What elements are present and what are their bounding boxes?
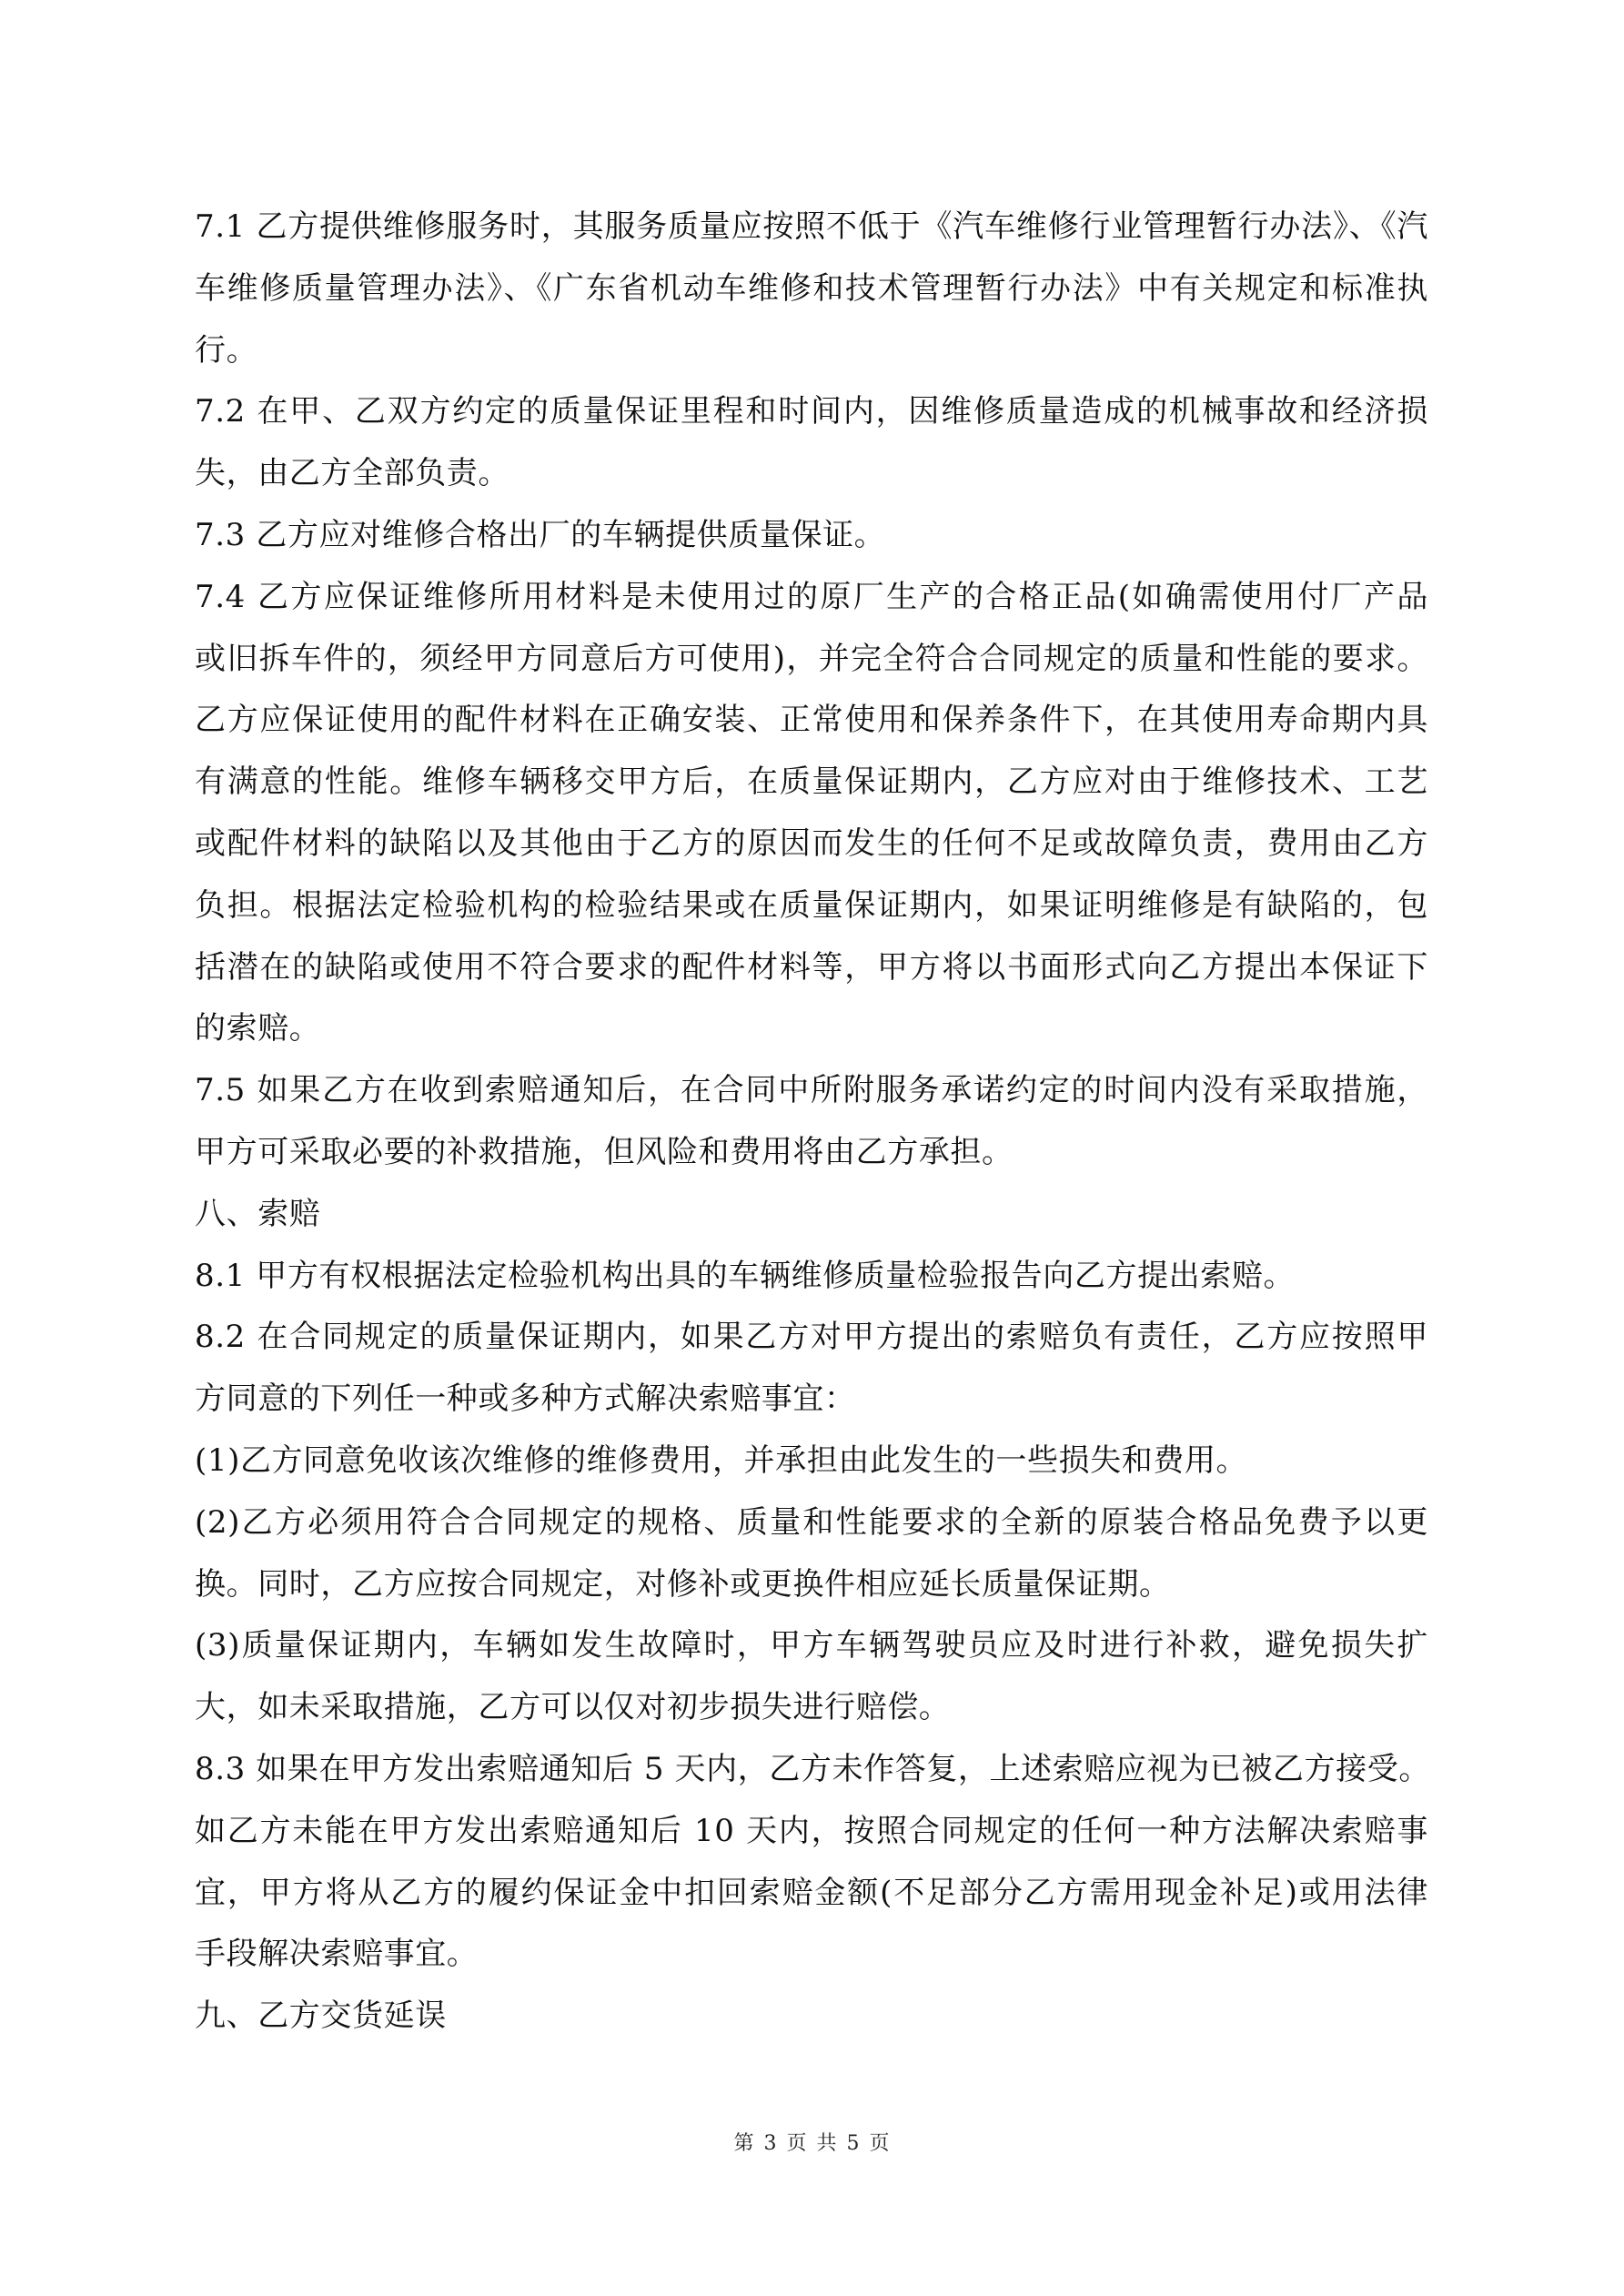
clause-7-5: 7.5 如果乙方在收到索赔通知后，在合同中所附服务承诺约定的时间内没有采取措施，…	[195, 1066, 1432, 1189]
text-line: 8.1 甲方有权根据法定检验机构出具的车辆维修质量检验报告向乙方提出索赔。	[195, 1251, 1432, 1313]
clause-7-1: 7.1 乙方提供维修服务时，其服务质量应按照不低于《汽车维修行业管理暂行办法》、…	[195, 202, 1432, 387]
text-line: 方同意的下列任一种或多种方式解决索赔事宜：	[195, 1374, 1432, 1436]
total-pages-number: 5	[847, 2132, 861, 2155]
section-heading-8: 八、索赔	[195, 1189, 1432, 1251]
text-line: 7.2 在甲、乙双方约定的质量保证里程和时间内，因维修质量造成的机械事故和经济损	[195, 387, 1428, 449]
document-page: 7.1 乙方提供维修服务时，其服务质量应按照不低于《汽车维修行业管理暂行办法》、…	[0, 0, 1624, 2296]
clause-8-2-item-1: (1)乙方同意免收该次维修的维修费用，并承担由此发生的一些损失和费用。	[195, 1436, 1432, 1498]
current-page-number: 3	[763, 2132, 777, 2155]
clause-7-2: 7.2 在甲、乙双方约定的质量保证里程和时间内，因维修质量造成的机械事故和经济损…	[195, 387, 1432, 511]
clause-8-2: 8.2 在合同规定的质量保证期内，如果乙方对甲方提出的索赔负有责任，乙方应按照甲…	[195, 1312, 1432, 1436]
text-line: 7.1 乙方提供维修服务时，其服务质量应按照不低于《汽车维修行业管理暂行办法》、…	[195, 202, 1428, 264]
total-label-prefix: 共	[817, 2132, 838, 2155]
page-footer: 第3页共5页	[0, 2128, 1624, 2160]
text-line: (2)乙方必须用符合合同规定的规格、质量和性能要求的全新的原装合格品免费予以更	[195, 1498, 1428, 1560]
section-heading-9: 九、乙方交货延误	[195, 1991, 1432, 2053]
clause-7-3: 7.3 乙方应对维修合格出厂的车辆提供质量保证。	[195, 511, 1432, 572]
text-line: 负担。根据法定检验机构的检验结果或在质量保证期内，如果证明维修是有缺陷的，包	[195, 881, 1428, 943]
text-line: 甲方可采取必要的补救措施，但风险和费用将由乙方承担。	[195, 1128, 1432, 1189]
text-line: 8.3 如果在甲方发出索赔通知后 5 天内，乙方未作答复，上述索赔应视为已被乙方…	[195, 1745, 1428, 1806]
clause-8-2-item-3: (3)质量保证期内，车辆如发生故障时，甲方车辆驾驶员应及时进行补救，避免损失扩 …	[195, 1621, 1432, 1745]
page-label-unit: 页	[786, 2132, 807, 2155]
page-label-prefix: 第	[733, 2132, 754, 2155]
total-label-unit: 页	[870, 2132, 891, 2155]
text-line: (3)质量保证期内，车辆如发生故障时，甲方车辆驾驶员应及时进行补救，避免损失扩	[195, 1621, 1428, 1683]
text-line: 有满意的性能。维修车辆移交甲方后，在质量保证期内，乙方应对由于维修技术、工艺	[195, 757, 1428, 819]
clause-8-2-item-2: (2)乙方必须用符合合同规定的规格、质量和性能要求的全新的原装合格品免费予以更 …	[195, 1498, 1432, 1622]
text-line: 车维修质量管理办法》、《广东省机动车维修和技术管理暂行办法》中有关规定和标准执	[195, 264, 1428, 326]
text-line: 的索赔。	[195, 1004, 1432, 1066]
text-line: 大，如未采取措施，乙方可以仅对初步损失进行赔偿。	[195, 1683, 1432, 1745]
text-line: 8.2 在合同规定的质量保证期内，如果乙方对甲方提出的索赔负有责任，乙方应按照甲	[195, 1312, 1428, 1374]
document-body: 7.1 乙方提供维修服务时，其服务质量应按照不低于《汽车维修行业管理暂行办法》、…	[195, 202, 1432, 2053]
text-line: 失，由乙方全部负责。	[195, 449, 1432, 511]
text-line: 换。同时，乙方应按合同规定，对修补或更换件相应延长质量保证期。	[195, 1560, 1432, 1622]
clause-7-4: 7.4 乙方应保证维修所用材料是未使用过的原厂生产的合格正品(如确需使用付厂产品…	[195, 572, 1432, 1066]
text-line: 7.5 如果乙方在收到索赔通知后，在合同中所附服务承诺约定的时间内没有采取措施，	[195, 1066, 1428, 1128]
text-line: 行。	[195, 326, 1432, 388]
text-line: 宜，甲方将从乙方的履约保证金中扣回索赔金额(不足部分乙方需用现金补足)或用法律	[195, 1868, 1428, 1930]
text-line: 或配件材料的缺陷以及其他由于乙方的原因而发生的任何不足或故障负责，费用由乙方	[195, 819, 1428, 881]
text-line: 括潜在的缺陷或使用不符合要求的配件材料等，甲方将以书面形式向乙方提出本保证下	[195, 943, 1428, 1005]
text-line: (1)乙方同意免收该次维修的维修费用，并承担由此发生的一些损失和费用。	[195, 1436, 1432, 1498]
text-line: 7.4 乙方应保证维修所用材料是未使用过的原厂生产的合格正品(如确需使用付厂产品	[195, 572, 1428, 634]
text-line: 或旧拆车件的，须经甲方同意后方可使用)，并完全符合合同规定的质量和性能的要求。	[195, 634, 1428, 696]
text-line: 如乙方未能在甲方发出索赔通知后 10 天内，按照合同规定的任何一种方法解决索赔事	[195, 1806, 1428, 1868]
clause-8-3: 8.3 如果在甲方发出索赔通知后 5 天内，乙方未作答复，上述索赔应视为已被乙方…	[195, 1745, 1432, 1991]
section-heading: 九、乙方交货延误	[195, 1991, 1432, 2053]
text-line: 7.3 乙方应对维修合格出厂的车辆提供质量保证。	[195, 511, 1432, 572]
text-line: 手段解决索赔事宜。	[195, 1929, 1432, 1991]
section-heading: 八、索赔	[195, 1189, 1432, 1251]
clause-8-1: 8.1 甲方有权根据法定检验机构出具的车辆维修质量检验报告向乙方提出索赔。	[195, 1251, 1432, 1313]
text-line: 乙方应保证使用的配件材料在正确安装、正常使用和保养条件下，在其使用寿命期内具	[195, 695, 1428, 757]
